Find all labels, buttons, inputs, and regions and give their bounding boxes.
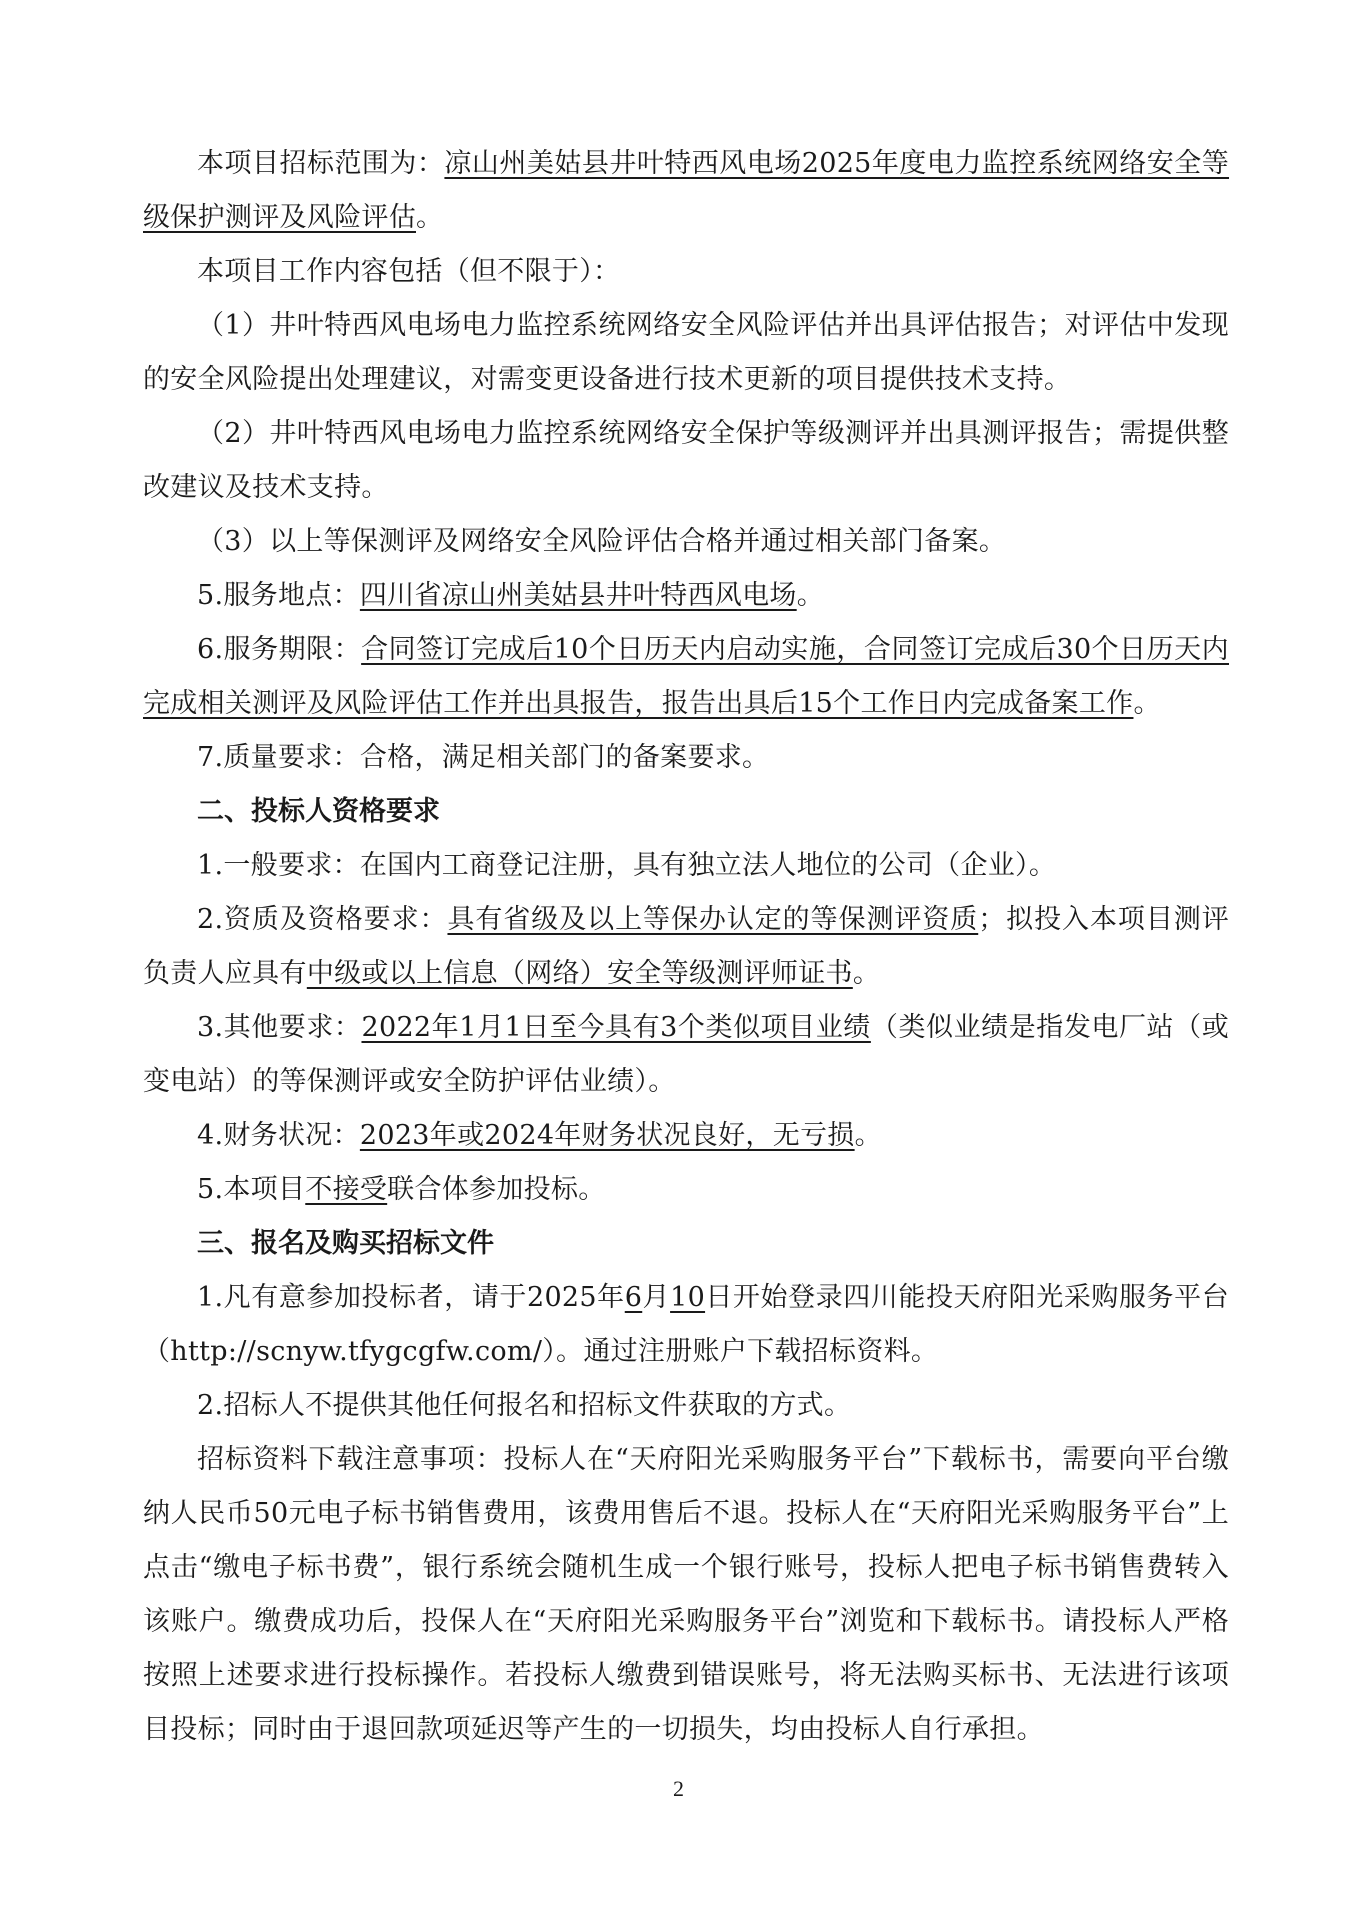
registration-prefix: 1.凡有意参加投标者，请于2025年 — [197, 1282, 625, 1313]
document-page: 本项目招标范围为：凉山州美姑县井叶特西风电场2025年度电力监控系统网络安全等级… — [143, 137, 1229, 1757]
service-period-label: 6.服务期限： — [197, 634, 361, 665]
qualification-consortium-value: 不接受 — [305, 1174, 387, 1205]
page-number: 2 — [0, 1776, 1357, 1802]
qualification-financial-suffix: 。 — [855, 1120, 882, 1151]
qualification-other-value: 2022年1月1日至今具有3个类似项目业绩 — [361, 1012, 870, 1043]
qualification-certification-value-1: 具有省级及以上等保办认定的等保测评资质 — [447, 904, 978, 935]
qualification-financial-value: 2023年或2024年财务状况良好，无亏损 — [360, 1120, 855, 1151]
work-item-1: （1）井叶特西风电场电力监控系统网络安全风险评估并出具评估报告；对评估中发现的安… — [143, 299, 1229, 407]
registration-restriction: 2.招标人不提供其他任何报名和招标文件获取的方式。 — [143, 1379, 1229, 1433]
registration-month-unit: 月 — [642, 1282, 670, 1313]
work-item-2: （2）井叶特西风电场电力监控系统网络安全保护等级测评并出具测评报告；需提供整改建… — [143, 407, 1229, 515]
qualification-certification-label: 2.资质及资格要求： — [197, 904, 447, 935]
qualification-consortium-label: 5.本项目 — [197, 1174, 305, 1205]
qualification-certification-value-2: 中级或以上信息（网络）安全等级测评师证书 — [307, 958, 853, 989]
qualification-other-label: 3.其他要求： — [197, 1012, 361, 1043]
registration-instructions: 1.凡有意参加投标者，请于2025年6月10日开始登录四川能投天府阳光采购服务平… — [143, 1271, 1229, 1379]
qualification-certification-suffix: 。 — [853, 958, 880, 989]
work-intro: 本项目工作内容包括（但不限于）： — [143, 245, 1229, 299]
qualification-other: 3.其他要求：2022年1月1日至今具有3个类似项目业绩（类似业绩是指发电厂站（… — [143, 1001, 1229, 1109]
registration-day: 10 — [670, 1282, 705, 1313]
service-location-suffix: 。 — [797, 580, 824, 611]
section-3-heading: 三、报名及购买招标文件 — [143, 1217, 1229, 1271]
quality-requirement: 7.质量要求：合格，满足相关部门的备案要求。 — [143, 731, 1229, 785]
section-2-heading: 二、投标人资格要求 — [143, 785, 1229, 839]
qualification-certification: 2.资质及资格要求：具有省级及以上等保办认定的等保测评资质；拟投入本项目测评负责… — [143, 893, 1229, 1001]
work-item-3: （3）以上等保测评及网络安全风险评估合格并通过相关部门备案。 — [143, 515, 1229, 569]
registration-month: 6 — [625, 1282, 642, 1313]
scope-paragraph: 本项目招标范围为：凉山州美姑县井叶特西风电场2025年度电力监控系统网络安全等级… — [143, 137, 1229, 245]
download-notice: 招标资料下载注意事项：投标人在“天府阳光采购服务平台”下载标书，需要向平台缴纳人… — [143, 1433, 1229, 1757]
service-location-label: 5.服务地点： — [197, 580, 360, 611]
qualification-general: 1.一般要求：在国内工商登记注册，具有独立法人地位的公司（企业）。 — [143, 839, 1229, 893]
qualification-consortium: 5.本项目不接受联合体参加投标。 — [143, 1163, 1229, 1217]
scope-suffix: 。 — [416, 202, 443, 233]
service-location-value: 四川省凉山州美姑县井叶特西风电场 — [360, 580, 797, 611]
service-location: 5.服务地点：四川省凉山州美姑县井叶特西风电场。 — [143, 569, 1229, 623]
service-period: 6.服务期限：合同签订完成后10个日历天内启动实施，合同签订完成后30个日历天内… — [143, 623, 1229, 731]
qualification-consortium-suffix: 联合体参加投标。 — [387, 1174, 605, 1205]
qualification-financial-label: 4.财务状况： — [197, 1120, 360, 1151]
service-period-suffix: 。 — [1133, 688, 1160, 719]
scope-label: 本项目招标范围为： — [197, 148, 444, 179]
qualification-financial: 4.财务状况：2023年或2024年财务状况良好，无亏损。 — [143, 1109, 1229, 1163]
